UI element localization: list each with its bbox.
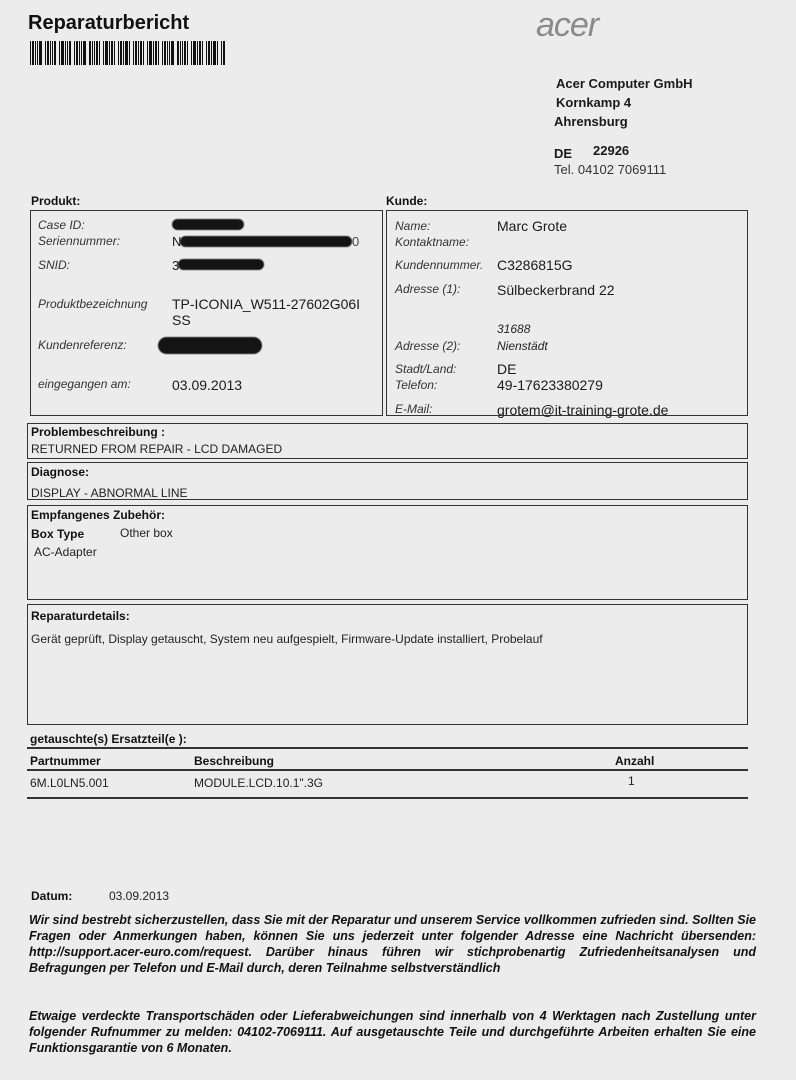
address2-value: Nienstädt: [497, 339, 548, 353]
zip-value: 31688: [497, 322, 530, 336]
phone-label: Telefon:: [395, 378, 437, 392]
company-name: Acer Computer GmbH: [556, 76, 693, 91]
svg-text:acer: acer: [536, 10, 601, 42]
snid-label: SNID:: [38, 258, 70, 272]
acer-logo: acer: [534, 10, 664, 42]
divider: [27, 769, 748, 771]
company-zip: 22926: [593, 143, 629, 158]
snid-redacted: [178, 259, 264, 270]
diagnosis-value: DISPLAY - ABNORMAL LINE: [31, 486, 188, 500]
serial-label: Seriennummer:: [38, 234, 120, 248]
serial-redacted: [180, 236, 352, 247]
page-title: Reparaturbericht: [28, 12, 189, 35]
parts-col-quantity: Anzahl: [615, 754, 654, 768]
product-name-label: Produktbezeichnung: [38, 297, 147, 311]
received-label: eingegangen am:: [38, 377, 131, 391]
diagnosis-label: Diagnose:: [31, 465, 89, 479]
customer-ref-label: Kundenreferenz:: [38, 338, 127, 352]
repair-details-label: Reparaturdetails:: [31, 609, 130, 623]
contact-label: Kontaktname:: [395, 235, 469, 249]
customer-number-label: Kundennummer.: [395, 258, 483, 272]
received-value: 03.09.2013: [172, 377, 242, 393]
parts-col-partnumber: Partnummer: [30, 754, 101, 768]
name-value: Marc Grote: [497, 218, 567, 234]
company-street: Kornkamp 4: [556, 95, 631, 110]
date-label: Datum:: [31, 889, 72, 903]
name-label: Name:: [395, 219, 430, 233]
part-number: 6M.L0LN5.001: [30, 776, 109, 790]
box-type-label: Box Type: [31, 527, 84, 541]
part-description: MODULE.LCD.10.1".3G: [194, 776, 323, 790]
part-quantity: 1: [628, 774, 635, 788]
repair-details-box: [27, 604, 748, 725]
box-type-value: Other box: [120, 526, 173, 540]
company-country: DE: [554, 146, 572, 161]
date-value: 03.09.2013: [109, 889, 169, 903]
barcode-icon: [30, 41, 252, 65]
customer-section-label: Kunde:: [386, 194, 427, 208]
repair-details-value: Gerät geprüft, Display getauscht, System…: [31, 632, 543, 646]
parts-label: getauschte(s) Ersatzteil(e ):: [30, 732, 187, 746]
customer-ref-redacted: [158, 337, 262, 354]
accessories-label: Empfangenes Zubehör:: [31, 508, 165, 522]
parts-col-description: Beschreibung: [194, 754, 274, 768]
product-section-label: Produkt:: [31, 194, 80, 208]
serial-suffix: 0: [352, 234, 359, 249]
city-country-label: Stadt/Land:: [395, 362, 456, 376]
case-id-redacted: [172, 219, 244, 230]
satisfaction-paragraph: Wir sind bestrebt sicherzustellen, dass …: [29, 912, 756, 976]
city-country-value: DE: [497, 361, 516, 377]
phone-value: 49-17623380279: [497, 377, 603, 393]
company-city: Ahrensburg: [554, 114, 628, 129]
address2-label: Adresse (2):: [395, 339, 460, 353]
company-phone: Tel. 04102 7069111: [554, 162, 666, 177]
problem-label: Problembeschreibung :: [31, 425, 165, 439]
divider: [27, 747, 748, 749]
customer-number-value: C3286815G: [497, 257, 573, 273]
email-label: E-Mail:: [395, 402, 432, 416]
address1-label: Adresse (1):: [395, 282, 460, 296]
email-value[interactable]: grotem@it-training-grote.de: [497, 402, 668, 418]
divider: [27, 797, 748, 799]
problem-value: RETURNED FROM REPAIR - LCD DAMAGED: [31, 442, 282, 456]
address1-value: Sülbeckerbrand 22: [497, 282, 615, 298]
accessory-item: AC-Adapter: [34, 545, 97, 559]
case-id-label: Case ID:: [38, 218, 85, 232]
warranty-paragraph: Etwaige verdeckte Transportschäden oder …: [29, 1008, 756, 1056]
product-name-value: TP-ICONIA_W511-27602G06I SS: [172, 296, 372, 328]
